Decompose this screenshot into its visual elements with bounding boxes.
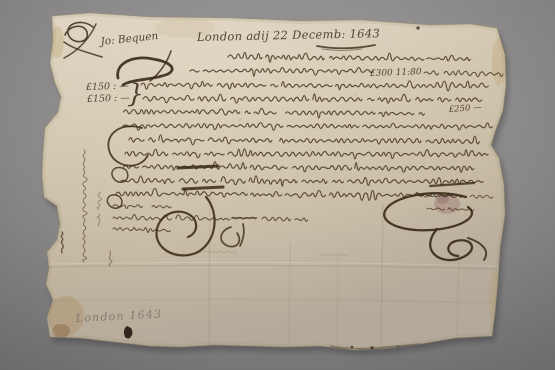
bold-dash <box>178 166 218 168</box>
foxing-spot <box>238 118 242 122</box>
inline-amount-1: £300 11:80 <box>369 67 422 79</box>
paper-finish: London adij 22 Decemb: 1643 Jo: Bequen £… <box>40 8 510 356</box>
photo-canvas: London adij 22 Decemb: 1643 Jo: Bequen £… <box>0 0 555 370</box>
stain <box>52 324 70 338</box>
margin-bracket: } <box>127 79 145 110</box>
paper-grain <box>40 8 510 356</box>
paper-sheet: London adij 22 Decemb: 1643 Jo: Bequen £… <box>40 8 510 356</box>
bold-dash <box>183 187 223 189</box>
margin-amount-2: £150 : — <box>86 92 131 105</box>
manuscript-photo: London adij 22 Decemb: 1643 Jo: Bequen £… <box>0 0 555 370</box>
foxing-spot <box>353 93 357 97</box>
margin-amount-1: £150 : — <box>85 80 130 93</box>
foxing-spot <box>309 149 312 152</box>
speck <box>351 346 354 349</box>
speck <box>416 26 419 29</box>
